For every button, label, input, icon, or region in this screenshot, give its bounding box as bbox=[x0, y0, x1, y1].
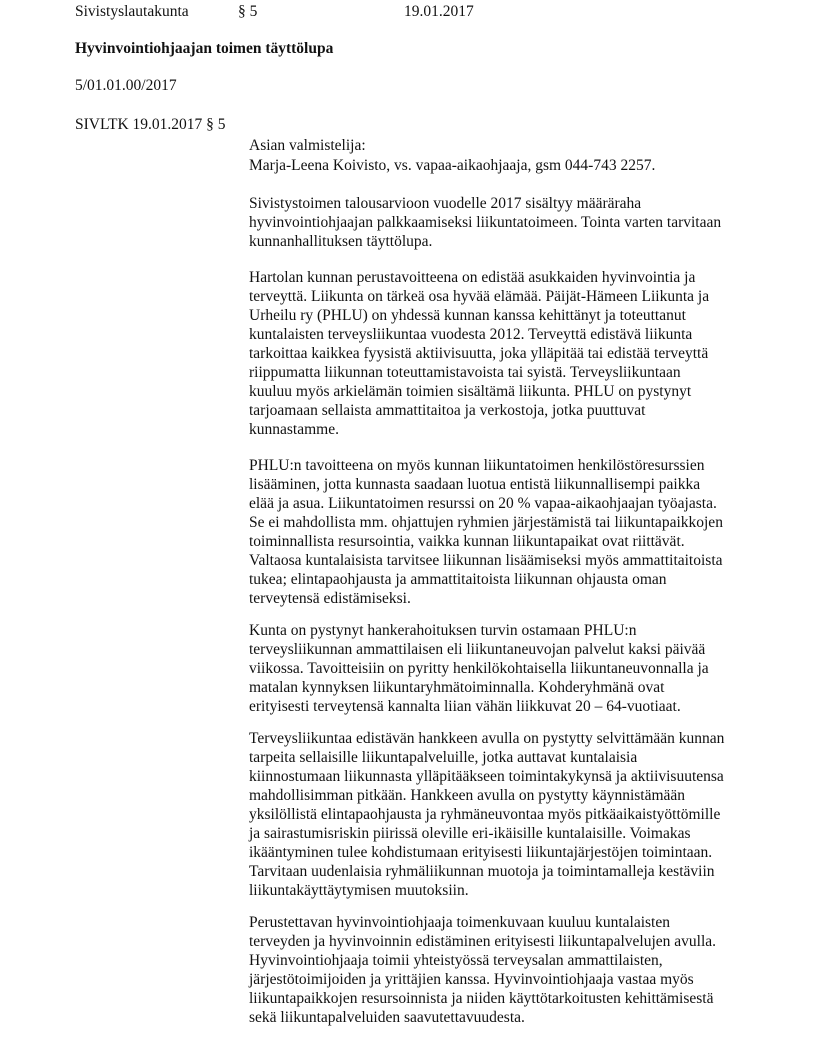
paragraph-line: Tarvitaan uudenlaisia ryhmäliikunnan muo… bbox=[249, 862, 789, 881]
paragraph-line: elää ja asua. Liikuntatoimen resurssi on… bbox=[249, 494, 789, 513]
document-id: 5/01.01.00/2017 bbox=[75, 77, 177, 95]
preparer-name: Marja-Leena Koivisto, vs. vapaa-aikaohja… bbox=[249, 156, 655, 176]
paragraph-project-funding: Kunta on pystynyt hankerahoituksen turvi… bbox=[249, 621, 789, 716]
paragraph-line: Perustettavan hyvinvointiohjaaja toimenk… bbox=[249, 913, 789, 932]
paragraph-line: kiinnostumaan liikunnasta ylläpitääkseen… bbox=[249, 767, 789, 786]
paragraph-line: järjestötoimijoiden ja yrittäjien kanssa… bbox=[249, 970, 789, 989]
paragraph-line: terveysliikunnan ammattilaisen eli liiku… bbox=[249, 640, 789, 659]
paragraph-line: Kunta on pystynyt hankerahoituksen turvi… bbox=[249, 621, 789, 640]
paragraph-line: tarjoamaan sellaista ammattitaitoa ja ve… bbox=[249, 401, 789, 420]
paragraph-line: viikossa. Tavoitteisiin on pyritty henki… bbox=[249, 659, 789, 678]
meeting-reference: SIVLTK 19.01.2017 § 5 bbox=[75, 116, 226, 134]
paragraph-goals: Hartolan kunnan perustavoitteena on edis… bbox=[249, 268, 789, 439]
paragraph-line: Valtaosa kuntalaisista tarvitsee liikunn… bbox=[249, 551, 789, 570]
paragraph-line: ja sairastumisriskin piirissä oleville e… bbox=[249, 824, 789, 843]
paragraph-line: Sivistystoimen talousarvioon vuodelle 20… bbox=[249, 194, 789, 213]
paragraph-line: sekä liikuntapalveluiden saavutettavuude… bbox=[249, 1008, 789, 1027]
paragraph-line: ikääntyminen tulee kohdistumaan erityise… bbox=[249, 843, 789, 862]
paragraph-line: matalan kynnyksen liikuntaryhmätoiminnal… bbox=[249, 678, 789, 697]
paragraph-project-results: Terveysliikuntaa edistävän hankkeen avul… bbox=[249, 729, 789, 900]
paragraph-line: yksilöllistä elintapaohjausta ja ryhmäne… bbox=[249, 805, 789, 824]
header-section: § 5 bbox=[238, 3, 257, 21]
header-organization: Sivistyslautakunta bbox=[75, 3, 189, 21]
paragraph-line: tukea; elintapaohjausta ja ammattitaitoi… bbox=[249, 570, 789, 589]
paragraph-line: terveyttä. Liikunta on tärkeä osa hyvää … bbox=[249, 287, 789, 306]
paragraph-line: tarpeita sellaisille liikuntapalveluille… bbox=[249, 748, 789, 767]
paragraph-line: liikuntapaikkojen resursoinnista ja niid… bbox=[249, 989, 789, 1008]
paragraph-line: toiminnallista resursointia, vaikka kunn… bbox=[249, 532, 789, 551]
document-title: Hyvinvointiohjaajan toimen täyttölupa bbox=[75, 40, 333, 58]
paragraph-line: terveyden ja hyvinvoinnin edistäminen er… bbox=[249, 932, 789, 951]
header-date: 19.01.2017 bbox=[404, 3, 474, 21]
paragraph-budget: Sivistystoimen talousarvioon vuodelle 20… bbox=[249, 194, 789, 251]
preparer-label: Asian valmistelija: bbox=[249, 136, 655, 156]
paragraph-job-description: Perustettavan hyvinvointiohjaaja toimenk… bbox=[249, 913, 789, 1027]
paragraph-line: kuuluu myös arkielämän toimien sisältämä… bbox=[249, 382, 789, 401]
paragraph-line: kunnastamme. bbox=[249, 420, 789, 439]
paragraph-line: liikuntakäyttäytymisen muutoksiin. bbox=[249, 881, 789, 900]
preparer-block: Asian valmistelija: Marja-Leena Koivisto… bbox=[249, 136, 655, 176]
paragraph-line: kunnanhallituksen täyttölupa. bbox=[249, 232, 789, 251]
paragraph-line: Hartolan kunnan perustavoitteena on edis… bbox=[249, 268, 789, 287]
paragraph-line: Hyvinvointiohjaaja toimii yhteistyössä t… bbox=[249, 951, 789, 970]
paragraph-line: Urheilu ry (PHLU) on yhdessä kunnan kans… bbox=[249, 306, 789, 325]
paragraph-line: riippumatta liikunnan toteuttamistavoist… bbox=[249, 363, 789, 382]
paragraph-line: tarkoittaa kaikkea fyysistä aktiivisuutt… bbox=[249, 344, 789, 363]
paragraph-line: Se ei mahdollista mm. ohjattujen ryhmien… bbox=[249, 513, 789, 532]
paragraph-line: hyvinvointiohjaajan palkkaamiseksi liiku… bbox=[249, 213, 789, 232]
paragraph-line: kuntalaisten terveysliikuntaa vuodesta 2… bbox=[249, 325, 789, 344]
paragraph-line: erityisesti terveytensä kannalta liian v… bbox=[249, 697, 789, 716]
paragraph-line: lisääminen, jotta kunnasta saadaan luotu… bbox=[249, 475, 789, 494]
paragraph-line: mahdollisimman pitkään. Hankkeen avulla … bbox=[249, 786, 789, 805]
paragraph-phlu-goals: PHLU:n tavoitteena on myös kunnan liikun… bbox=[249, 456, 789, 608]
paragraph-line: Terveysliikuntaa edistävän hankkeen avul… bbox=[249, 729, 789, 748]
paragraph-line: terveytensä edistämiseksi. bbox=[249, 589, 789, 608]
paragraph-line: PHLU:n tavoitteena on myös kunnan liikun… bbox=[249, 456, 789, 475]
